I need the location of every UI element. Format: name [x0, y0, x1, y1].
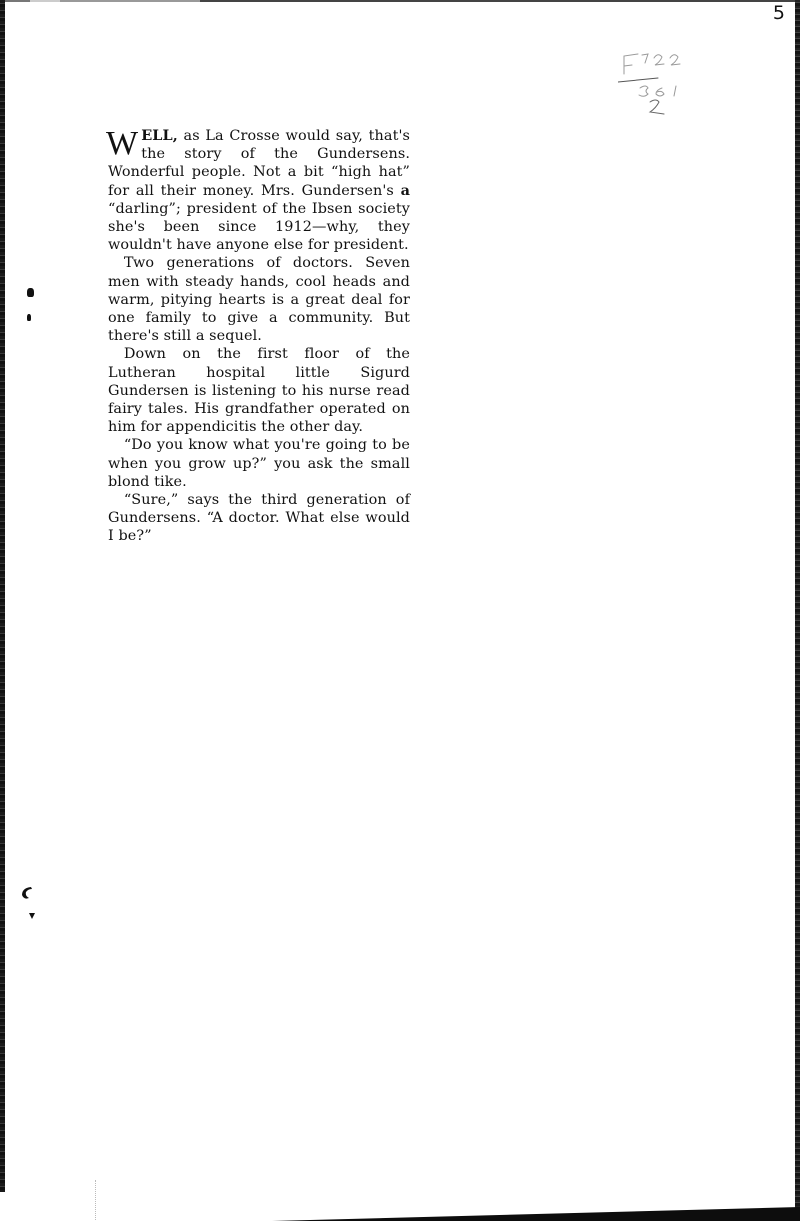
dropcap: W [106, 129, 138, 159]
paragraph-opening: WELL, as La Crosse would say, that's the… [108, 127, 410, 254]
opening-smallcaps: ELL, [141, 127, 178, 144]
paragraph-hospital: Down on the first floor of the Lutheran … [108, 345, 410, 436]
bold-word: a [401, 182, 410, 199]
punch-mark-lower-1 [20, 885, 34, 901]
punch-mark-upper-1 [27, 288, 34, 297]
page-number: 5 [773, 2, 785, 24]
punch-mark-upper-2 [27, 314, 31, 321]
scan-edge-left [0, 0, 5, 1192]
punch-mark-lower-2 [28, 912, 36, 920]
scan-edge-bottom [0, 1207, 800, 1221]
scan-guide-line [95, 1180, 97, 1220]
paragraph-answer: “Sure,” says the third generation of Gun… [108, 491, 410, 546]
handwritten-annotation [618, 38, 708, 118]
scan-edge-right [795, 0, 800, 1221]
paragraph-text-tail: “darling”; president of the Ibsen societ… [108, 201, 410, 253]
newspaper-article-column: WELL, as La Crosse would say, that's the… [108, 127, 410, 546]
paragraph-doctors: Two generations of doctors. Seven men wi… [108, 254, 410, 345]
paragraph-question: “Do you know what you're going to be whe… [108, 436, 410, 491]
scan-edge-top [0, 0, 800, 2]
